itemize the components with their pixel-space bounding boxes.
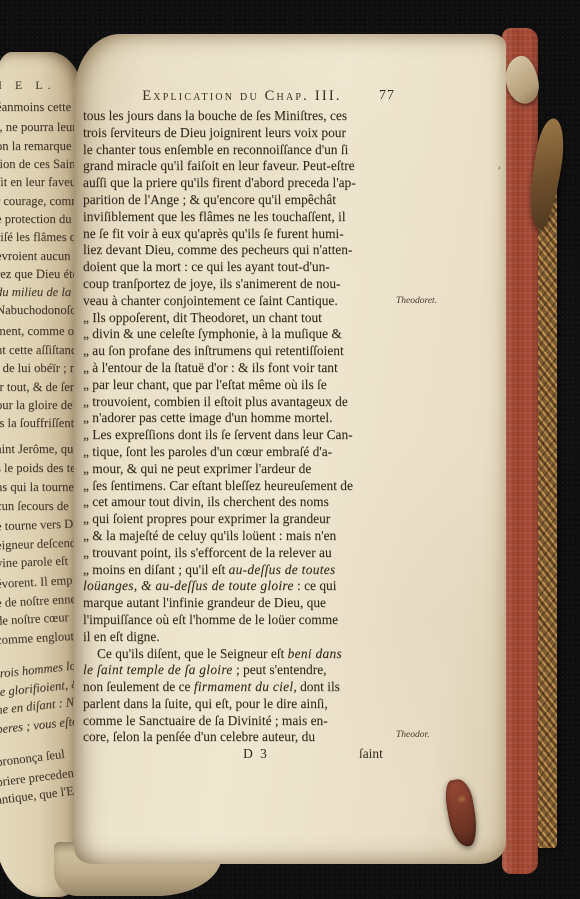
text-segment: ne ſe fit voir à eux qu'après qu'ils ſe … (83, 226, 344, 241)
page-header: Explication du Chap. III. 77 (83, 88, 401, 106)
text-line: non ſeulement de ce firmament du ciel, d… (83, 679, 401, 696)
text-line: veau à chanter conjointement ce ſaint Ca… (83, 293, 401, 310)
text-segment: auſſi que la priere qu'ils firent d'abor… (83, 175, 356, 190)
text-segment: veau à chanter conjointement ce ſaint Ca… (83, 293, 338, 308)
text-segment: non ſeulement de ce (83, 679, 194, 694)
text-line: parition de l'Ange ; & qu'encore qu'il e… (83, 192, 401, 209)
catchword: ſaint (359, 746, 383, 762)
left-page-text-fragment: evroient aucun m (0, 249, 83, 264)
text-line: le ſaint temple de ſa gloire ; peut s'en… (83, 662, 401, 679)
text-line: „ n'adorer pas cette image d'un homme mo… (83, 410, 401, 427)
left-page-text-fragment: ls la ſouffriſſent. (0, 416, 77, 431)
left-page-text-fragment: de noſtre cœur (0, 610, 69, 629)
running-title: Explication du Chap. III. (83, 88, 401, 105)
text-segment: grand miracle qu'il faiſoit en leur fave… (83, 158, 355, 173)
text-line: „ par leur chant, que par l'eſtat même o… (83, 377, 401, 394)
left-page-text-fragment: r courage, comm (0, 194, 81, 209)
text-segment: „ Les expreſſions dont ils ſe ſervent da… (83, 427, 353, 442)
italic-text-segment: le ſaint temple de ſa gloire (83, 662, 233, 677)
left-page-text-fragment: e tourne vers D (0, 517, 74, 535)
text-line: auſſi que la priere qu'ils firent d'abor… (83, 175, 401, 192)
text-segment: „ & la majeſté de celuy qu'ils loüent : … (83, 528, 336, 543)
left-page-text-fragment: ns qui la tourne (0, 480, 74, 495)
text-line: Ce qu'ils diſent, que le Seigneur eſt be… (83, 646, 401, 663)
body-text: tous les jours dans la bouche de ſes Min… (83, 108, 401, 746)
text-line: „ moins en diſant ; qu'il eſt au-deſſus … (83, 562, 401, 579)
text-segment: marque autant l'infinie grandeur de Dieu… (83, 595, 326, 610)
text-line: liez devant Dieu, comme des pecheurs qui… (83, 242, 401, 259)
left-page-text-fragment: e de noſtre enne (0, 592, 76, 611)
left-page-text-fragment: tion de ces Saint (0, 157, 79, 172)
text-segment: ; peut s'entendre, (233, 662, 327, 677)
text-segment: „ moins en diſant ; qu'il eſt (83, 562, 229, 577)
italic-text-segment: firmament du ciel (194, 679, 294, 694)
text-line: grand miracle qu'il faiſoit en leur fave… (83, 158, 401, 175)
left-page-text-fragment: t de lui obéïr ; m (0, 361, 80, 376)
left-page-text-fragment: nt cette aſſiſtance (0, 343, 82, 358)
text-segment: „ mour, & qui ne peut exprimer l'ardeur … (83, 461, 311, 476)
text-line: parlent dans la ſuite, qui eſt, pour le … (83, 696, 401, 713)
italic-text-segment: au-deſſus de toutes (229, 562, 336, 577)
left-page-text-fragment: du milieu de la fo (0, 285, 84, 300)
text-segment: comme le Sanctuaire de ſa Divinité ; mai… (83, 713, 328, 728)
gilt-marbled-fore-edge (536, 148, 557, 848)
left-page-text-fragment: vine parole eſt (0, 554, 68, 572)
text-line: „ divin & une celeſte ſymphonie, à la mu… (83, 326, 401, 343)
photo-background: I E L. éanmoins cette épt, ne pourra leu… (0, 0, 580, 899)
left-page-text-fragment: eigneur deſcend (0, 536, 76, 554)
text-line: ne ſe fit voir à eux qu'après qu'ils ſe … (83, 226, 401, 243)
main-page: Explication du Chap. III. 77 › tous les … (74, 34, 506, 864)
left-page: I E L. éanmoins cette épt, ne pourra leu… (0, 52, 84, 897)
text-segment: tous les jours dans la bouche de ſes Min… (83, 108, 347, 123)
left-page-text-fragment: riſé les flâmes qu (0, 230, 82, 245)
text-line: „ Ils oppoſerent, dit Theodoret, un chan… (83, 310, 401, 327)
text-segment: l'impuiſſance où eſt l'homme de le loüer… (83, 612, 338, 627)
text-line: comme le Sanctuaire de ſa Divinité ; mai… (83, 713, 401, 730)
text-segment: „ divin & une celeſte ſymphonie, à la mu… (83, 326, 342, 341)
text-segment: „ cet amour tout divin, ils cherchent de… (83, 494, 329, 509)
text-segment: „ à l'entour de la ſtatuë d'or : & ils f… (83, 360, 338, 375)
text-line: il en eſt digne. (83, 629, 401, 646)
text-segment: : ce qui (294, 578, 337, 593)
left-page-text-fragment: rez que Dieu éto (0, 267, 79, 282)
text-line: „ tique, ſont les paroles d'un cœur embr… (83, 444, 401, 461)
red-stained-page-edge (502, 28, 538, 874)
text-line: „ mour, & qui ne peut exprimer l'ardeur … (83, 461, 401, 478)
text-line: „ trouvoient, combien il eſtoit plus ava… (83, 394, 401, 411)
text-line: core, ſelon la penſée d'un celebre auteu… (83, 729, 401, 746)
text-segment: le chanter tous enſemble en reconnoiſſan… (83, 142, 348, 157)
text-segment: „ n'adorer pas cette image d'un homme mo… (83, 410, 333, 425)
text-line: „ qui ſoient propres pour exprimer la gr… (83, 511, 401, 528)
text-line: „ trouvant point, ils s'efforcent de la … (83, 545, 401, 562)
left-page-text-fragment: ir tout, & de ſer (0, 380, 74, 395)
text-line: coup tranſportez de joye, ils s'animeren… (83, 276, 401, 293)
text-line: „ Les expreſſions dont ils ſe ſervent da… (83, 427, 401, 444)
left-page-text-fragment: on la remarque d' (0, 139, 83, 154)
left-page-text-fragment: our la gloire de le (0, 398, 85, 413)
text-segment: „ ſes ſentimens. Car eſtant bleſſez heur… (83, 478, 353, 493)
text-line: „ ſes ſentimens. Car eſtant bleſſez heur… (83, 478, 401, 495)
text-segment: „ tique, ſont les paroles d'un cœur embr… (83, 444, 332, 459)
left-page-text-fragment: aint Jerôme, qu (0, 442, 73, 457)
italic-text-segment: loüanges, & au-deſſus de toute gloire (83, 578, 294, 593)
text-line: tous les jours dans la bouche de ſes Min… (83, 108, 401, 125)
signature-mark: D 3 (221, 746, 291, 762)
text-line: loüanges, & au-deſſus de toute gloire : … (83, 578, 401, 595)
text-segment: „ qui ſoient propres pour exprimer la gr… (83, 511, 330, 526)
text-segment: coup tranſportez de joye, ils s'animeren… (83, 276, 341, 291)
text-segment: , dont ils (293, 679, 340, 694)
left-page-text-fragment: Nabuchodonoſo (0, 303, 76, 318)
left-page-text-fragment: ment, comme o (0, 324, 74, 339)
left-page-text-fragment: peres ; vous eſtes (0, 714, 83, 738)
left-page-text-fragment: fit en leur faveur, (0, 175, 83, 190)
text-line: „ à l'entour de la ſtatuë d'or : & ils f… (83, 360, 401, 377)
left-page-text-fragment: comme englouti (0, 629, 78, 648)
text-segment: trois ſerviteurs de Dieu joignirent leur… (83, 125, 346, 140)
text-line: trois ſerviteurs de Dieu joignirent leur… (83, 125, 401, 142)
left-page-text-fragment: t, ne pourra leur (0, 120, 76, 135)
italic-text-segment: beni dans (288, 646, 342, 661)
margin-note: Theodor. (396, 730, 430, 740)
text-line: doient que la mort : ce qui les ayant to… (83, 259, 401, 276)
left-page-text-fragment: s le poids des te (0, 461, 76, 476)
margin-stray-mark: › (497, 162, 502, 172)
text-segment: parition de l'Ange ; & qu'encore qu'il e… (83, 192, 336, 207)
text-segment: liez devant Dieu, comme des pecheurs qui… (83, 242, 352, 257)
text-line: „ au ſon profane des inſtrumens qui rete… (83, 343, 401, 360)
text-segment: „ Ils oppoſerent, dit Theodoret, un chan… (83, 310, 322, 325)
margin-note: Theodoret. (396, 296, 437, 306)
text-segment: „ trouvant point, ils s'efforcent de la … (83, 545, 332, 560)
text-segment: core, ſelon la penſée d'un celebre auteu… (83, 729, 315, 744)
text-segment: „ par leur chant, que par l'eſtat même o… (83, 377, 327, 392)
text-segment: „ trouvoient, combien il eſtoit plus ava… (83, 394, 348, 409)
text-segment: il en eſt digne. (83, 629, 160, 644)
text-line: l'impuiſſance où eſt l'homme de le loüer… (83, 612, 401, 629)
text-line: „ & la majeſté de celuy qu'ils loüent : … (83, 528, 401, 545)
text-segment: parlent dans la ſuite, qui eſt, pour le … (83, 696, 328, 711)
text-segment: doient que la mort : ce qui les ayant to… (83, 259, 330, 274)
text-segment: „ au ſon profane des inſtrumens qui rete… (83, 343, 344, 358)
left-page-text-fragment: cun ſecours de (0, 499, 69, 514)
text-segment: Ce qu'ils diſent, que le Seigneur eſt (97, 646, 288, 661)
text-segment: inviſiblement que les flâmes ne les touc… (83, 209, 346, 224)
text-line: inviſiblement que les flâmes ne les touc… (83, 209, 401, 226)
left-page-text-fragment: évorent. Il emp (0, 573, 73, 592)
text-line: marque autant l'infinie grandeur de Dieu… (83, 595, 401, 612)
page-number: 77 (379, 88, 395, 104)
signature-row: D 3 ſaint (83, 746, 401, 764)
left-page-running-title: I E L. (0, 78, 56, 93)
text-line: le chanter tous enſemble en reconnoiſſan… (83, 142, 401, 159)
left-page-text-fragment: prononça ſeul (0, 747, 66, 770)
text-line: „ cet amour tout divin, ils cherchent de… (83, 494, 401, 511)
